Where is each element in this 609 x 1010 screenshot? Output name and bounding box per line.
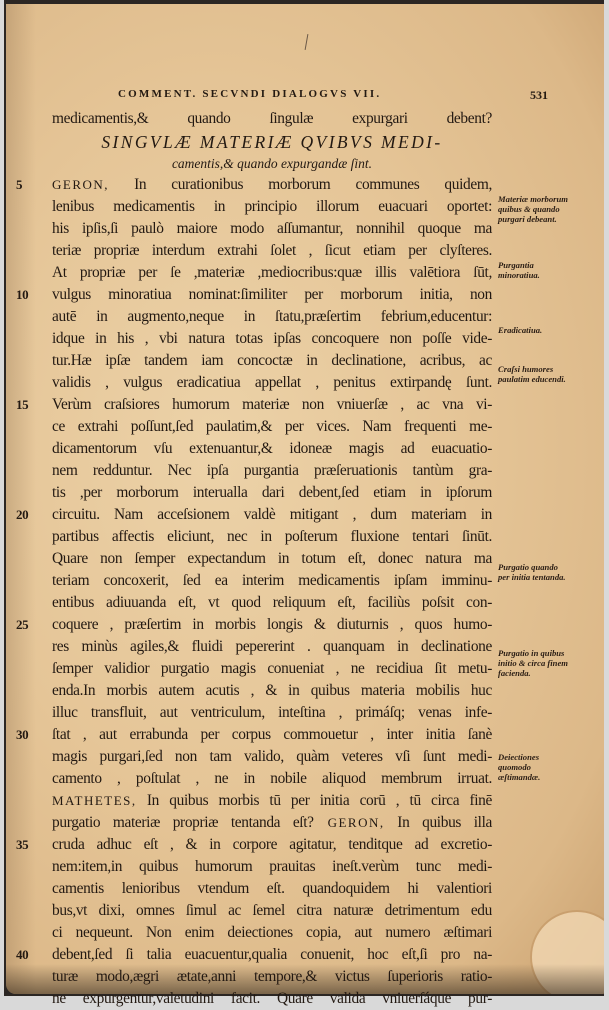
margin-note: Eradicatiua. (498, 325, 568, 335)
line-text: cruda adhuc eſt , & in corpore agitatur,… (52, 836, 492, 853)
text-line: res minùs agiles,& fluidi pepererint . q… (52, 636, 492, 658)
text-line: partibus affectis eliciunt, nec in poſte… (52, 526, 492, 548)
text-line: tur.Hæ ipſæ tandem iam concoctæ in decli… (52, 350, 492, 372)
line-text: dicamentorum vſu extenuantur,& idoneæ ma… (52, 440, 492, 457)
line-text: tur.Hæ ipſæ tandem iam concoctæ in decli… (52, 352, 492, 369)
line-text: circuitu. Nam acceſsionem valdè mitigant… (52, 506, 492, 523)
line-number: 30 (16, 724, 38, 746)
line-number: 5 (16, 174, 38, 196)
text-line: illuc transfluit, aut ventriculum, inteſ… (52, 702, 492, 724)
continuation-line: medicamentis,& quando ſingulæ expurgari … (52, 108, 492, 130)
line-number: 35 (16, 834, 38, 856)
line-text: illuc transfluit, aut ventriculum, inteſ… (52, 704, 492, 721)
line-text: entibus adiuuanda eſt, vt quod reliquum … (52, 594, 492, 611)
line-text: lenibus medicamentis in principio illoru… (52, 198, 492, 215)
line-number: 40 (16, 944, 38, 966)
margin-note: Craſsi humores paulatim educendi. (498, 364, 568, 384)
line-number: 20 (16, 504, 38, 526)
line-number: 10 (16, 284, 38, 306)
text-line: 5GERON, In curationibus morborum commune… (52, 174, 492, 196)
text-line: ci nequeunt. Non enim deiectiones copia,… (52, 922, 492, 944)
text-line: Quare non ſemper expectandum in totum eſ… (52, 548, 492, 570)
text-line: 25coquere , præſertim in morbis longis &… (52, 614, 492, 636)
line-text: tis ,per morborum interualla dari debent… (52, 484, 492, 501)
text-line: purgatio materiæ propriæ tentanda eſt? G… (52, 812, 492, 834)
margin-note: Purgatio quando per initia tentanda. (498, 562, 568, 582)
text-line: enda.In morbis autem acutis , & in quibu… (52, 680, 492, 702)
text-line: nem redduntur. Nec ipſa purgantia præſer… (52, 460, 492, 482)
line-text: camento , poſtulat , ne in nobile aliquo… (52, 770, 492, 787)
margin-note: Materiæ morborum quibus & quando purgari… (498, 194, 568, 224)
text-line: tis ,per morborum interualla dari debent… (52, 482, 492, 504)
line-number: 25 (16, 614, 38, 636)
text-line: 15Verùm craſsiores humorum materiæ non v… (52, 394, 492, 416)
speaker-name: GERON, (314, 815, 385, 830)
text-line: autē in augmento,neque in ſtatu,præſerti… (52, 306, 492, 328)
text-block: medicamentis,& quando ſingulæ expurgari … (52, 108, 492, 1000)
text-line: entibus adiuuanda eſt, vt quod reliquum … (52, 592, 492, 614)
text-line: ce extrahi poſſunt,ſed paulatim,& per vi… (52, 416, 492, 438)
line-text: bus,vt dixi, omnes ſimul ac ſemel citra … (52, 902, 492, 919)
line-text: teriæ propriæ interdum extrahi ſolet , ſ… (52, 242, 492, 259)
text-line: his ipſis,ſi paulò maiore modo aſſumantu… (52, 218, 492, 240)
ink-mark (305, 34, 309, 50)
text-line: 20circuitu. Nam acceſsionem valdè mitiga… (52, 504, 492, 526)
line-text: autē in augmento,neque in ſtatu,præſerti… (52, 308, 492, 325)
text-line: 30ſtat , aut errabunda per corpus commou… (52, 724, 492, 746)
text-line: turæ modo,ægri ætate,anni tempore,& vict… (52, 966, 492, 988)
margin-note: Purgatio in quibus initio & circa finem … (498, 648, 568, 678)
speaker-name: MATHETES, (52, 793, 137, 808)
page-number: 531 (530, 88, 548, 103)
paper-stain (530, 910, 604, 994)
margin-note: Deiectiones quomodo æſtimandæ. (498, 752, 568, 782)
text-line: teriam concoxerit, ſed ea interim medica… (52, 570, 492, 592)
text-line: dicamentorum vſu extenuantur,& idoneæ ma… (52, 438, 492, 460)
line-text: Quare non ſemper expectandum in totum eſ… (52, 550, 492, 567)
line-text: In quibus illa (385, 814, 492, 831)
line-text: ce extrahi poſſunt,ſed paulatim,& per vi… (52, 418, 492, 435)
line-text: ſemper validior purgatio magis conueniat… (52, 660, 492, 677)
line-text: partibus affectis eliciunt, nec in poſte… (52, 528, 492, 545)
text-line: 40debent,ſed ſi talia euacuentur,qualia … (52, 944, 492, 966)
text-line: 10vulgus minoratiua nominat:ſimiliter pe… (52, 284, 492, 306)
line-text: debent,ſed ſi talia euacuentur,qualia co… (52, 946, 492, 963)
text-line: lenibus medicamentis in principio illoru… (52, 196, 492, 218)
section-heading: SINGVLÆ MATERIÆ QVIBVS MEDI- (52, 130, 492, 154)
text-line: ſemper validior purgatio magis conueniat… (52, 658, 492, 680)
line-text: enda.In morbis autem acutis , & in quibu… (52, 682, 492, 699)
text-line: magis purgari,ſed non tam valido, quàm v… (52, 746, 492, 768)
text-line: ne expurgentur,valetudini facit. Quare v… (52, 988, 492, 1000)
line-text: ſtat , aut errabunda per corpus commouet… (52, 726, 492, 743)
line-text: vulgus minoratiua nominat:ſimiliter per … (52, 286, 492, 303)
speaker-name: GERON, (52, 177, 109, 192)
line-text: res minùs agiles,& fluidi pepererint . q… (52, 638, 492, 655)
running-head-title: COMMENT. SECVNDI DIALOGVS VII. (118, 88, 381, 100)
line-text: Verùm craſsiores humorum materiæ non vni… (52, 396, 492, 413)
line-text: teriam concoxerit, ſed ea interim medica… (52, 572, 492, 589)
text-line: teriæ propriæ interdum extrahi ſolet , ſ… (52, 240, 492, 262)
line-text: In curationibus morborum communes quidem… (109, 176, 492, 193)
section-subheading: camentis,& quando expurgandæ ſint. (52, 154, 492, 174)
line-text: At propriæ per ſe ,materiæ ,mediocribus:… (52, 264, 492, 281)
line-text: coquere , præſertim in morbis longis & d… (52, 616, 492, 633)
text-line: nem:item,in quibus humorum prauitas ineſ… (52, 856, 492, 878)
body-text: 5GERON, In curationibus morborum commune… (52, 174, 492, 1000)
line-number: 15 (16, 394, 38, 416)
line-text: In quibus morbis tū per initia corū , tū… (137, 792, 492, 809)
text-line: idque in his , vbi natura totas ipſas co… (52, 328, 492, 350)
text-line: camento , poſtulat , ne in nobile aliquo… (52, 768, 492, 790)
text-line: MATHETES, In quibus morbis tū per initia… (52, 790, 492, 812)
line-text: nem:item,in quibus humorum prauitas ineſ… (52, 858, 492, 875)
line-text: magis purgari,ſed non tam valido, quàm v… (52, 748, 492, 765)
text-line: validis , vulgus eradicatiua appellat , … (52, 372, 492, 394)
line-text: ci nequeunt. Non enim deiectiones copia,… (52, 924, 492, 941)
line-text: turæ modo,ægri ætate,anni tempore,& vict… (52, 968, 492, 985)
line-text: idque in his , vbi natura totas ipſas co… (52, 330, 492, 347)
line-text: camentis lenioribus vtendum eſt. quandoq… (52, 880, 492, 897)
text-line: 35cruda adhuc eſt , & in corpore agitatu… (52, 834, 492, 856)
line-text: nem redduntur. Nec ipſa purgantia præſer… (52, 462, 492, 479)
line-text: ne expurgentur,valetudini facit. Quare v… (52, 990, 492, 1000)
text-line: camentis lenioribus vtendum eſt. quandoq… (52, 878, 492, 900)
text-line: bus,vt dixi, omnes ſimul ac ſemel citra … (52, 900, 492, 922)
text-line: At propriæ per ſe ,materiæ ,mediocribus:… (52, 262, 492, 284)
line-text: purgatio materiæ propriæ tentanda eſt? (52, 814, 314, 831)
line-text: his ipſis,ſi paulò maiore modo aſſumantu… (52, 220, 492, 237)
running-head: COMMENT. SECVNDI DIALOGVS VII. 531 (118, 88, 548, 100)
margin-note: Purgantia minoratiua. (498, 260, 568, 280)
line-text: validis , vulgus eradicatiua appellat , … (52, 374, 492, 391)
